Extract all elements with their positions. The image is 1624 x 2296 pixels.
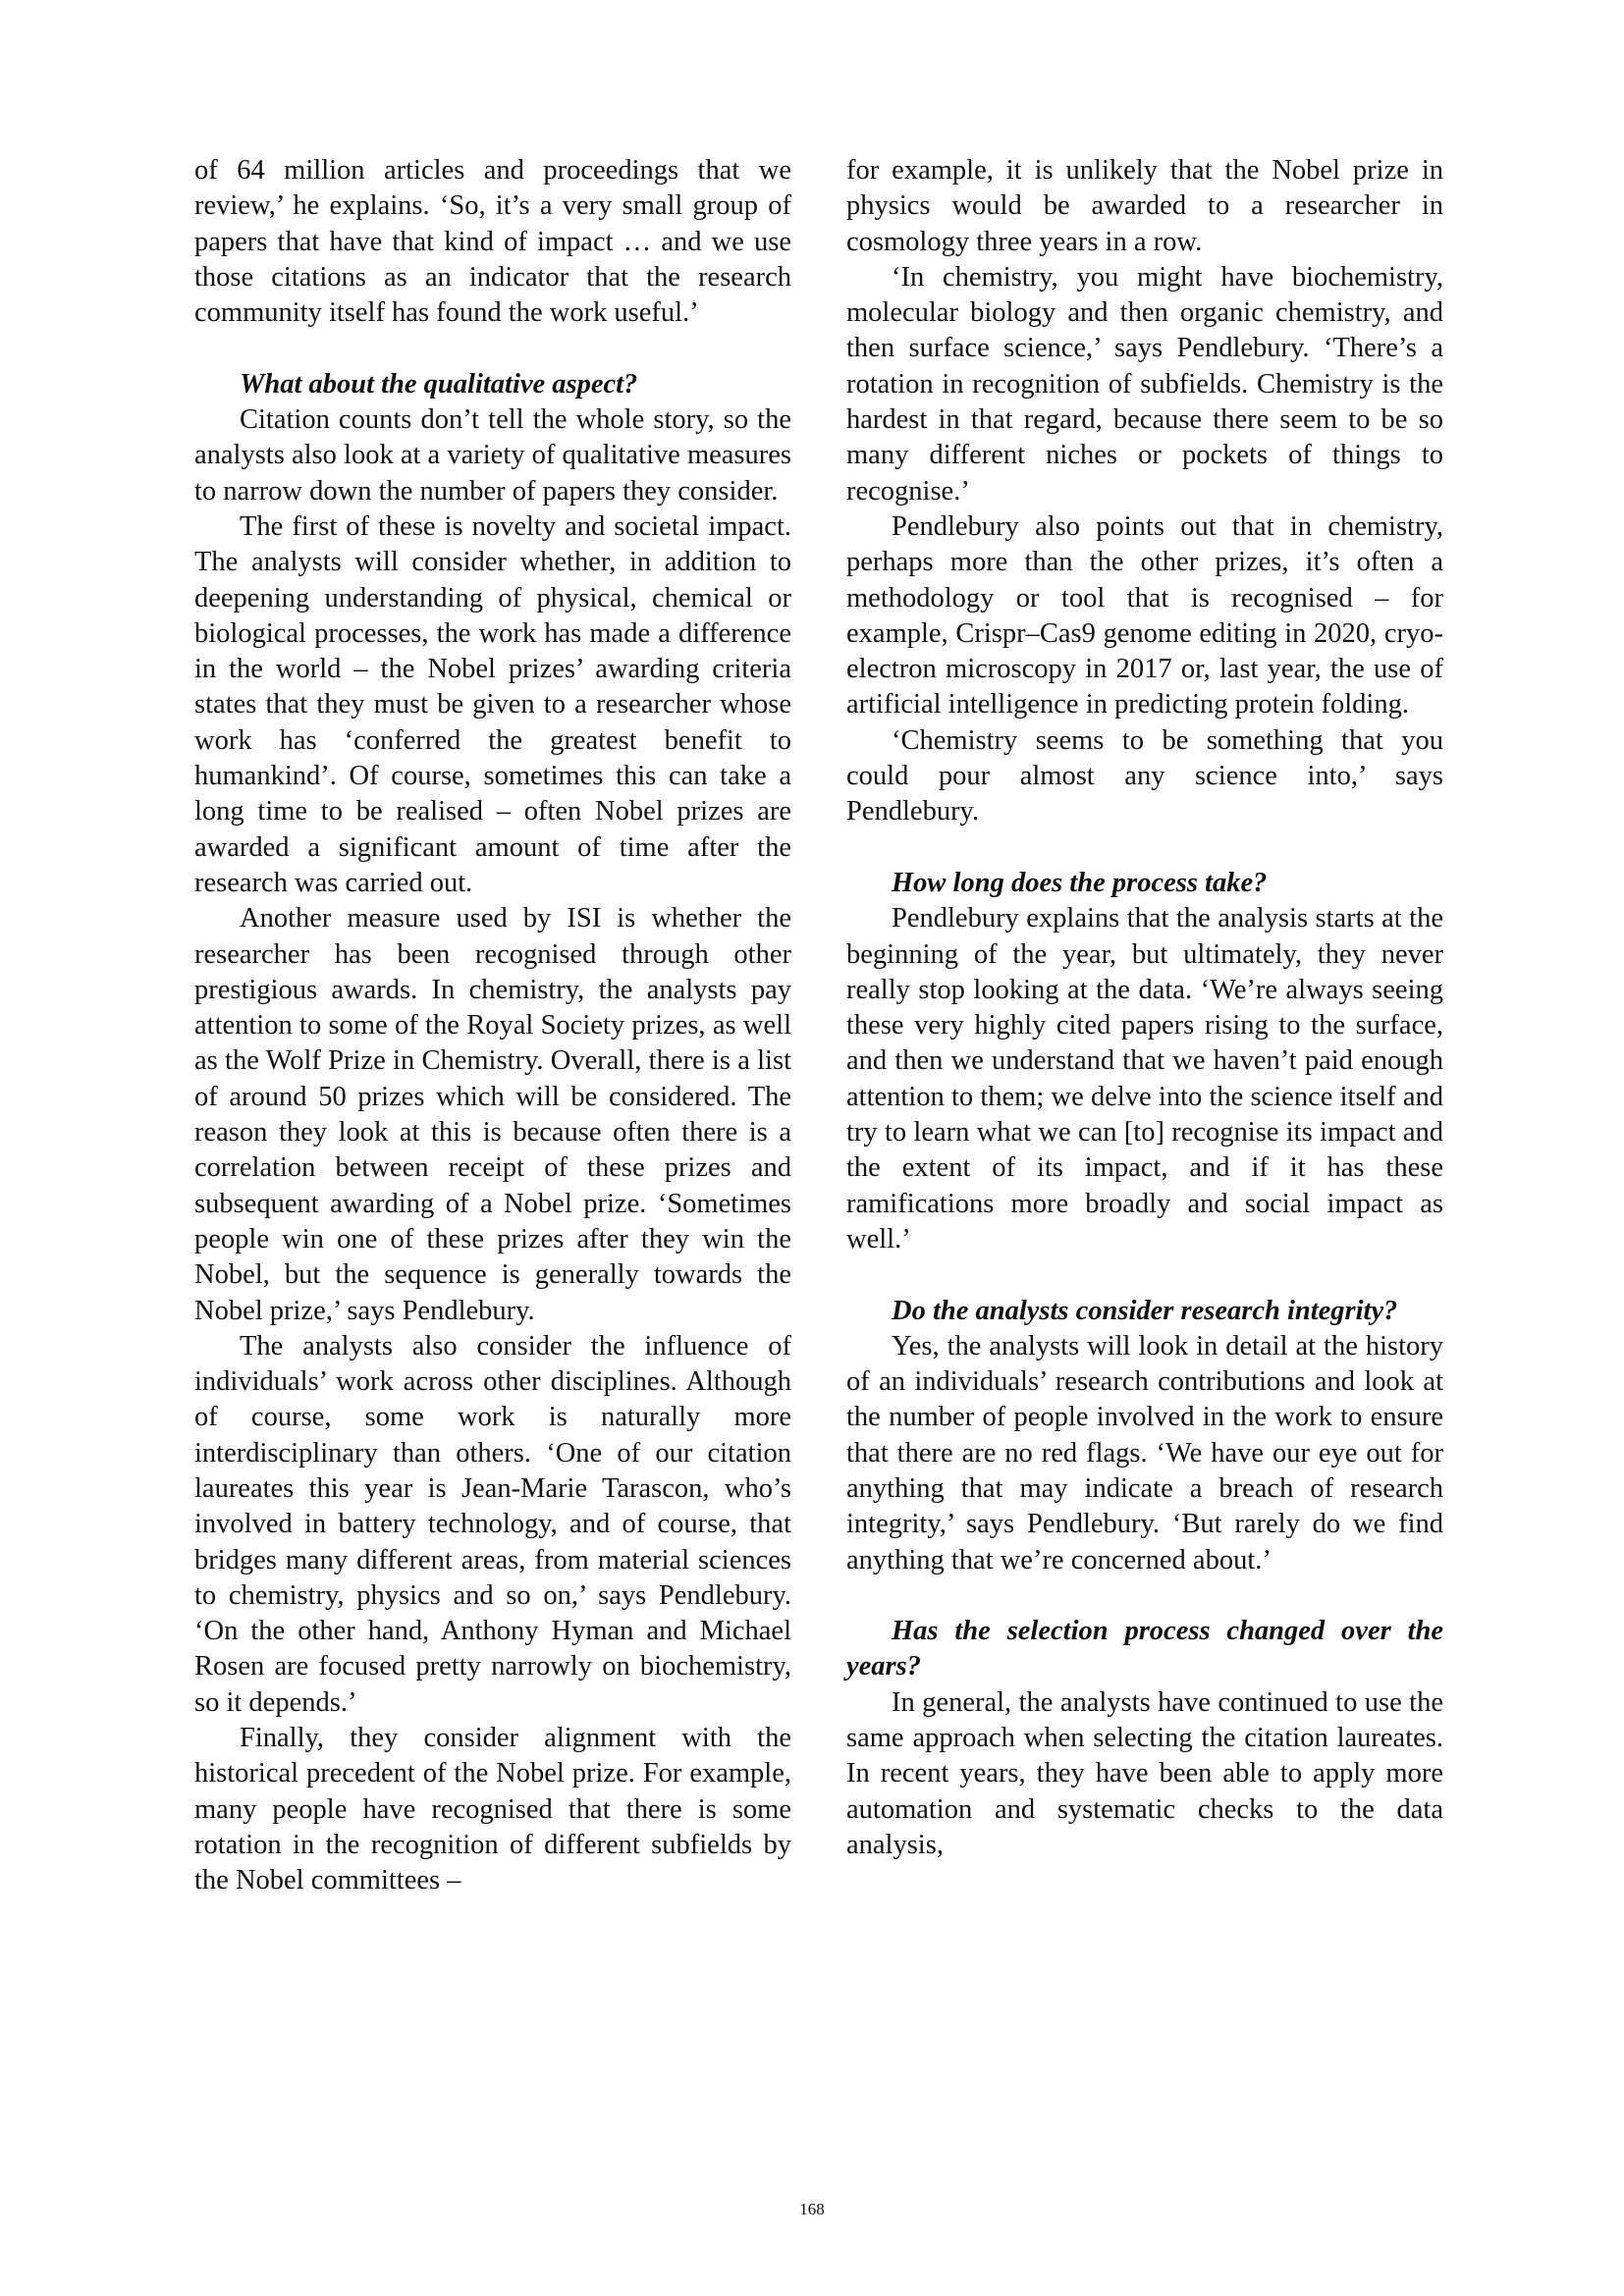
paragraph-pour-science: ‘Chemistry seems to be something that yo… xyxy=(846,723,1443,830)
section-heading-integrity: Do the analysts consider research integr… xyxy=(846,1294,1443,1329)
paragraph-citation-counts: Citation counts don’t tell the whole sto… xyxy=(194,402,791,509)
paragraph-novelty: The first of these is novelty and societ… xyxy=(194,509,791,901)
section-heading-qualitative: What about the qualitative aspect? xyxy=(194,367,791,402)
paragraph-prestigious-awards: Another measure used by ISI is whether t… xyxy=(194,901,791,1329)
paragraph-methodology: Pendlebury also points out that in chemi… xyxy=(846,509,1443,723)
paragraph-chemistry-rotation: ‘In chemistry, you might have biochemist… xyxy=(846,260,1443,509)
section-heading-changed: Has the selection process changed over t… xyxy=(846,1614,1443,1685)
left-column: of 64 million articles and proceedings t… xyxy=(194,153,791,1899)
paragraph-process-duration: Pendlebury explains that the analysis st… xyxy=(846,901,1443,1257)
section-heading-how-long: How long does the process take? xyxy=(846,866,1443,901)
paragraph-interdisciplinary: The analysts also consider the influence… xyxy=(194,1329,791,1721)
paragraph-continuation: for example, it is unlikely that the Nob… xyxy=(846,153,1443,260)
paragraph-integrity: Yes, the analysts will look in detail at… xyxy=(846,1329,1443,1578)
paragraph-continuation: of 64 million articles and proceedings t… xyxy=(194,153,791,331)
right-column: for example, it is unlikely that the Nob… xyxy=(846,153,1443,1863)
paragraph-historical-precedent: Finally, they consider alignment with th… xyxy=(194,1721,791,1898)
page-number: 168 xyxy=(0,2200,1624,2219)
paragraph-selection-changes: In general, the analysts have continued … xyxy=(846,1685,1443,1863)
